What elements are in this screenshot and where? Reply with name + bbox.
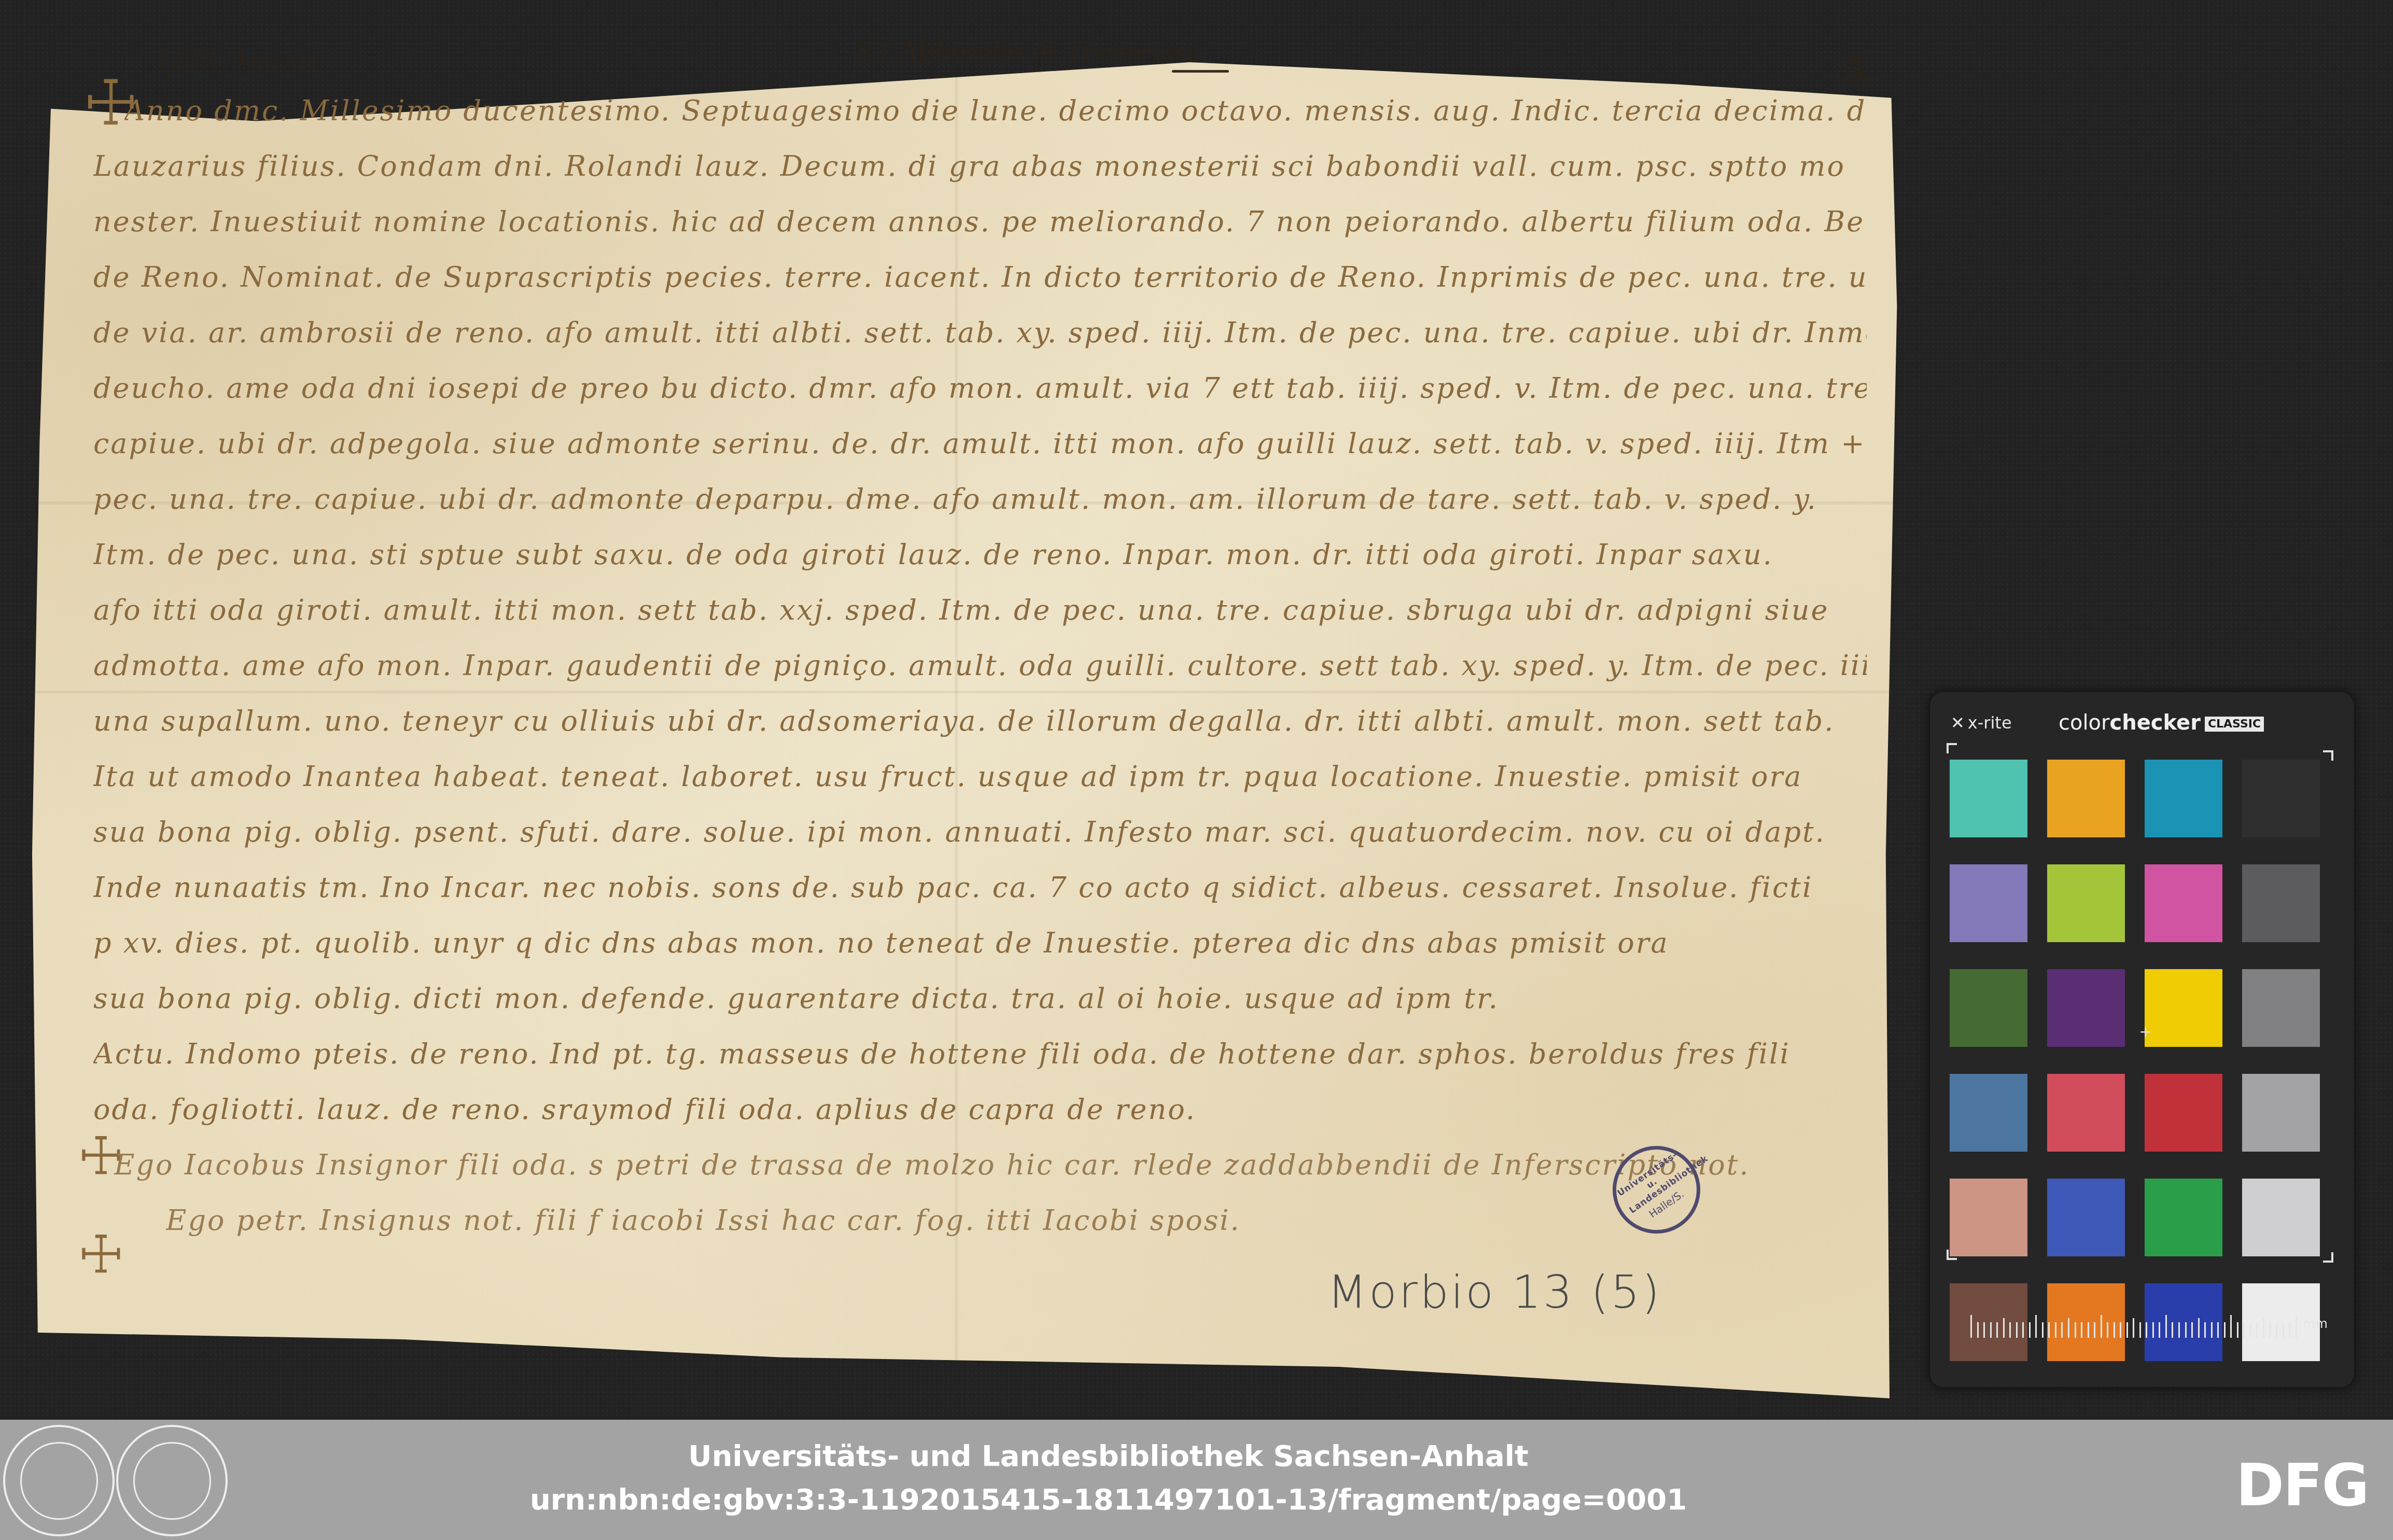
notary-subscription-line: Ego Iacobus Insignor fili oda. s petri d… [114, 1137, 1867, 1193]
ruler-tick [2048, 1322, 2050, 1338]
ruler-tick [1970, 1315, 1972, 1338]
color-swatch [2242, 1074, 2320, 1152]
ruler-tick [2042, 1322, 2044, 1338]
ruler-tick [2211, 1322, 2213, 1338]
footer-bar: Universitäts- und Landesbibliothek Sachs… [0, 1420, 2393, 1540]
colorchecker-title: colorcheckerCLASSIC [2059, 711, 2264, 735]
ruler-tick [1996, 1322, 1998, 1338]
notarial-sign-icon: ☩ [78, 1229, 124, 1281]
ruler-tick [2126, 1322, 2128, 1338]
color-swatch [2047, 1074, 2125, 1152]
color-swatch [2145, 1179, 2222, 1256]
manuscript-line: afo itti oda giroti. amult. itti mon. se… [93, 582, 1867, 638]
pencil-shelfmark: Morbio 13 (5) [1327, 1265, 1662, 1319]
mm-ruler [1970, 1313, 2297, 1338]
registration-corner [1947, 743, 1957, 753]
archival-title-note: S.t Abbondio di Tremezzo. [856, 36, 1201, 66]
ruler-tick [2165, 1315, 2167, 1338]
ruler-tick [2243, 1322, 2245, 1338]
ruler-tick [2081, 1322, 2082, 1338]
manuscript-line: Ita ut amodo Inantea habeat. teneat. lab… [93, 749, 1867, 804]
manuscript-line: Anno dmc. Millesimo ducentesimo. Septuag… [124, 83, 1867, 138]
color-swatch [2242, 969, 2320, 1047]
color-swatch [1950, 969, 2027, 1047]
ruler-tick [2068, 1318, 2069, 1338]
classic-badge: CLASSIC [2205, 717, 2264, 732]
ruler-tick [2101, 1315, 2102, 1338]
ruler-tick [2178, 1322, 2180, 1338]
ruler-tick [2022, 1322, 2024, 1338]
manuscript-line: oda. fogliotti. lauz. de reno. sraymod f… [93, 1082, 1867, 1137]
registration-corner [2323, 750, 2333, 761]
ruler-tick [2139, 1322, 2141, 1338]
color-swatch [2145, 969, 2222, 1047]
color-swatch-grid [1950, 760, 2333, 1361]
manuscript-line: de Reno. Nominat. de Suprascriptis pecie… [93, 249, 1867, 305]
color-swatch [1950, 1074, 2027, 1152]
ruler-tick [2217, 1322, 2219, 1338]
ruler-tick [2061, 1322, 2063, 1338]
color-swatch [1950, 864, 2027, 942]
ruler-tick [2152, 1322, 2154, 1338]
title-light: color [2059, 711, 2110, 735]
manuscript-line: Actu. Indomo pteis. de reno. Ind pt. tg.… [93, 1026, 1867, 1082]
ruler-tick [2114, 1322, 2115, 1338]
ruler-tick [2256, 1322, 2258, 1338]
color-swatch [1950, 1179, 2027, 1256]
manuscript-line: una supallum. uno. teneyr cu olliuis ubi… [93, 693, 1867, 749]
manuscript-line: admotta. ame afo mon. Inpar. gaudentii d… [93, 638, 1867, 693]
dfg-logo: DFG [2236, 1452, 2368, 1519]
institution-name: Universitäts- und Landesbibliothek Sachs… [0, 1439, 2305, 1473]
ruler-tick [2250, 1322, 2251, 1338]
crosshair-icon: + [2139, 1023, 2152, 1041]
ruler-tick [2263, 1318, 2264, 1338]
xrite-mark-icon: ✕ [1951, 713, 1965, 733]
ruler-tick [1990, 1322, 1992, 1338]
ruler-tick [2230, 1315, 2232, 1338]
color-swatch [1950, 760, 2027, 837]
ruler-tick [2107, 1322, 2108, 1338]
color-checker-card: ✕x-rite colorcheckerCLASSIC + mm [1930, 692, 2354, 1387]
ruler-tick [2283, 1322, 2284, 1338]
urn-identifier: urn:nbn:de:gbv:3:3-1192015415-1811497101… [0, 1483, 2305, 1517]
manuscript-line: Inde nunaatis tm. Ino Incar. nec nobis. … [93, 860, 1867, 915]
ruler-tick [2035, 1315, 2037, 1338]
ruler-tick [2088, 1322, 2089, 1338]
xrite-brand-text: x-rite [1968, 713, 2012, 733]
color-swatch [2145, 864, 2222, 942]
manuscript-line: capiue. ubi dr. adpegola. siue admonte s… [93, 416, 1867, 471]
color-swatch [2242, 864, 2320, 942]
color-swatch [2145, 1074, 2222, 1152]
manuscript-line: deucho. ame oda dni iosepi de preo bu di… [93, 360, 1867, 416]
color-swatch [2047, 864, 2125, 942]
xrite-logo: ✕x-rite [1951, 713, 2012, 733]
manuscript-line: pec. una. tre. capiue. ubi dr. admonte d… [93, 471, 1867, 527]
ruler-tick [2185, 1322, 2187, 1338]
ruler-tick [2289, 1322, 2290, 1338]
ruler-tick [2296, 1315, 2297, 1338]
manuscript-line: Lauzarius filius. Condam dni. Rolandi la… [93, 138, 1867, 194]
title-underline [1172, 70, 1229, 73]
manuscript-line: p xv. dies. pt. quolib. unyr q dic dns a… [93, 915, 1867, 971]
manuscript-text: Anno dmc. Millesimo ducentesimo. Septuag… [124, 83, 1867, 1248]
ruler-tick [1977, 1322, 1979, 1338]
ruler-tick [2016, 1322, 2018, 1338]
color-swatch [2145, 760, 2222, 837]
ruler-tick [2237, 1322, 2238, 1338]
manuscript-line: nester. Inuestiuit nomine locationis. hi… [93, 194, 1867, 249]
ruler-tick [2276, 1322, 2277, 1338]
ruler-tick [2094, 1322, 2095, 1338]
ruler-tick [2269, 1322, 2271, 1338]
ruler-tick [2075, 1322, 2076, 1338]
ruler-tick [2133, 1318, 2134, 1338]
ruler-tick [2120, 1322, 2121, 1338]
ruler-tick [2224, 1322, 2226, 1338]
ruler-unit-label: mm [2303, 1317, 2328, 1331]
ruler-tick [2055, 1322, 2056, 1338]
ruler-tick [2009, 1322, 2011, 1338]
title-bold: checker [2110, 711, 2201, 735]
color-swatch [2047, 1179, 2125, 1256]
notary-subscription-line: Ego petr. Insignus not. fili f iacobi Is… [166, 1193, 1410, 1248]
ruler-tick [2172, 1322, 2173, 1338]
color-swatch [2242, 1179, 2320, 1256]
manuscript-line: de via. ar. ambrosii de reno. afo amult.… [93, 305, 1867, 360]
manuscript-line: sua bona pig. oblig. dicti mon. defende.… [93, 971, 1867, 1026]
color-swatch [2047, 760, 2125, 837]
ruler-tick [2191, 1322, 2193, 1338]
archival-date-note: 1270. Agosto. [156, 47, 321, 75]
ruler-tick [2159, 1322, 2160, 1338]
ruler-tick [2029, 1322, 2031, 1338]
manuscript-line: sua bona pig. oblig. psent. sfuti. dare.… [93, 804, 1867, 860]
manuscript-line: Itm. de pec. una. sti sptue subt saxu. d… [93, 527, 1867, 582]
ruler-tick [2003, 1318, 2005, 1338]
ruler-tick [2198, 1318, 2200, 1338]
ruler-tick [1983, 1322, 1985, 1338]
color-swatch [2047, 969, 2125, 1047]
color-swatch [2242, 760, 2320, 837]
ruler-tick [2146, 1322, 2147, 1338]
ruler-tick [2204, 1322, 2206, 1338]
